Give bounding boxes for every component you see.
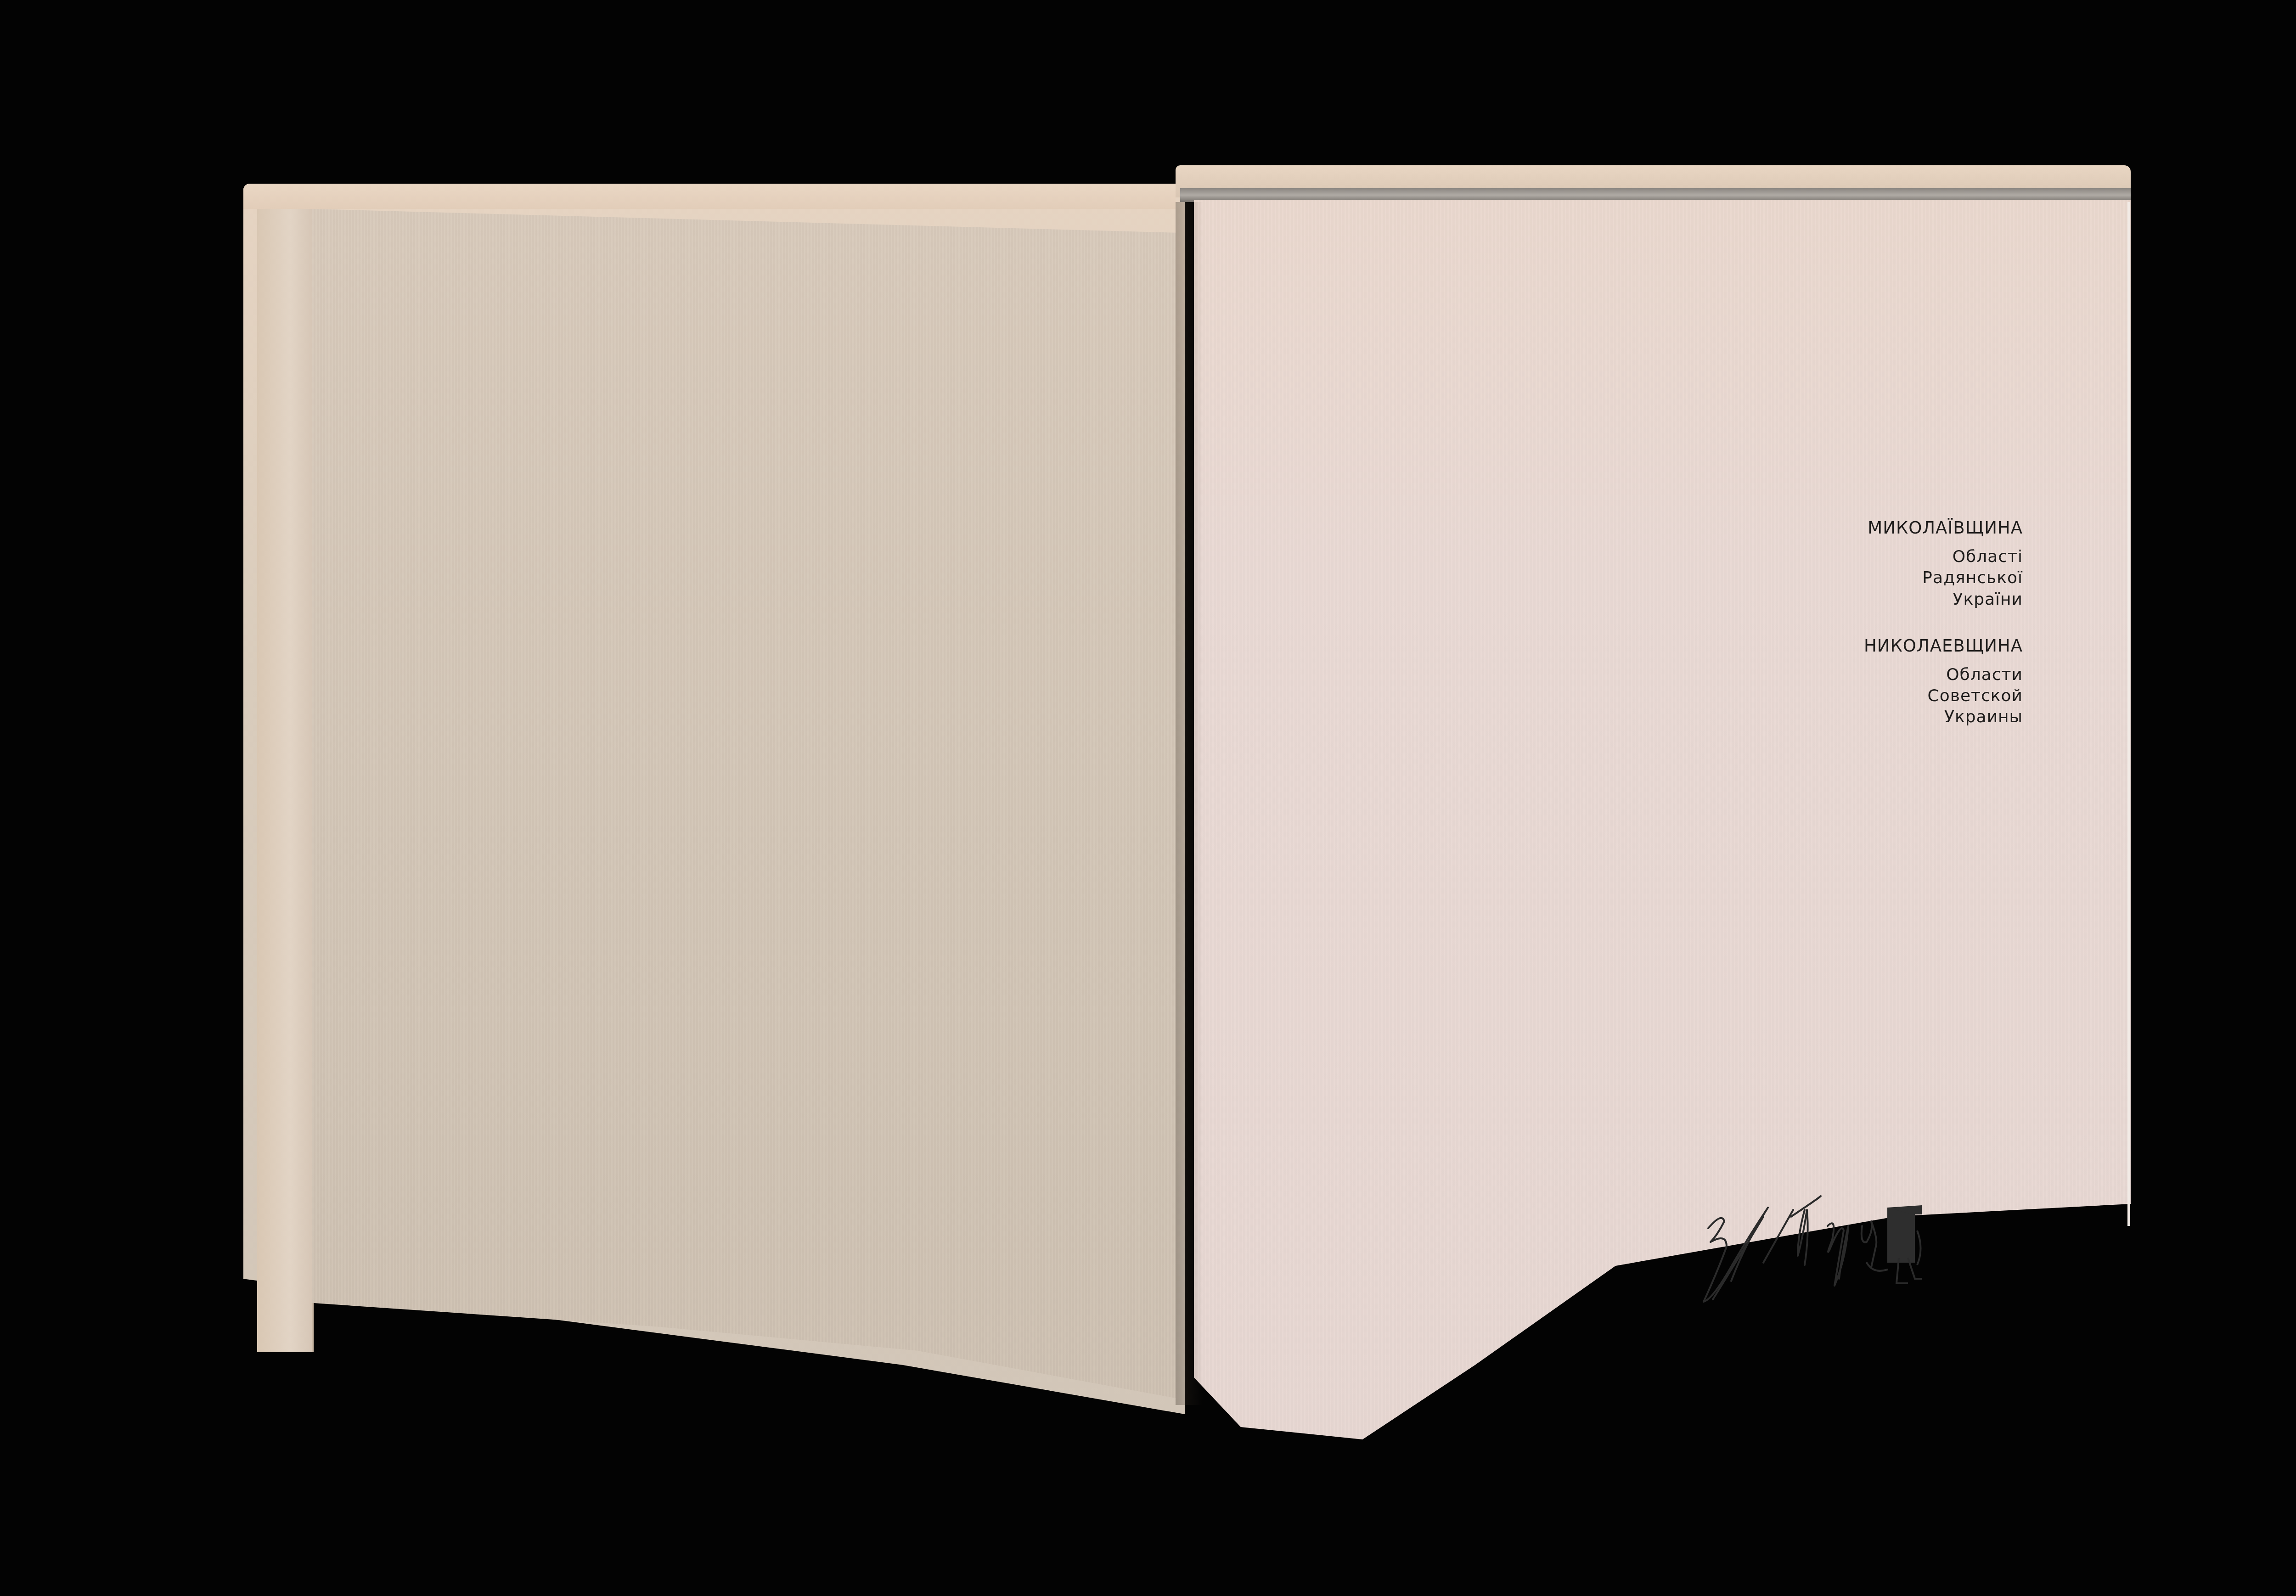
handwritten-signature-icon — [1690, 1189, 2039, 1313]
photo-scene: МИКОЛАЇВЩИНА Області Радянської України … — [0, 0, 2296, 1596]
subtitle-line: Области — [1864, 664, 2023, 686]
subtitle-line: Радянської — [1864, 568, 2023, 589]
left-cover-top-edge — [243, 184, 1176, 209]
subtitle-line: України — [1864, 589, 2023, 610]
title-ukrainian: МИКОЛАЇВЩИНА — [1864, 518, 2023, 538]
page-fore-edge — [2127, 202, 2130, 1226]
left-endpaper — [312, 209, 1176, 1398]
left-hinge-strip — [257, 209, 314, 1352]
title-text-block: МИКОЛАЇВЩИНА Області Радянської України … — [1864, 518, 2023, 728]
title-russian: НИКОЛАЕВЩИНА — [1864, 636, 2023, 656]
subtitle-line: Украины — [1864, 707, 2023, 728]
subtitle-line: Советской — [1864, 686, 2023, 707]
subtitle-line: Області — [1864, 546, 2023, 568]
gutter-shadow — [1176, 202, 1203, 1405]
